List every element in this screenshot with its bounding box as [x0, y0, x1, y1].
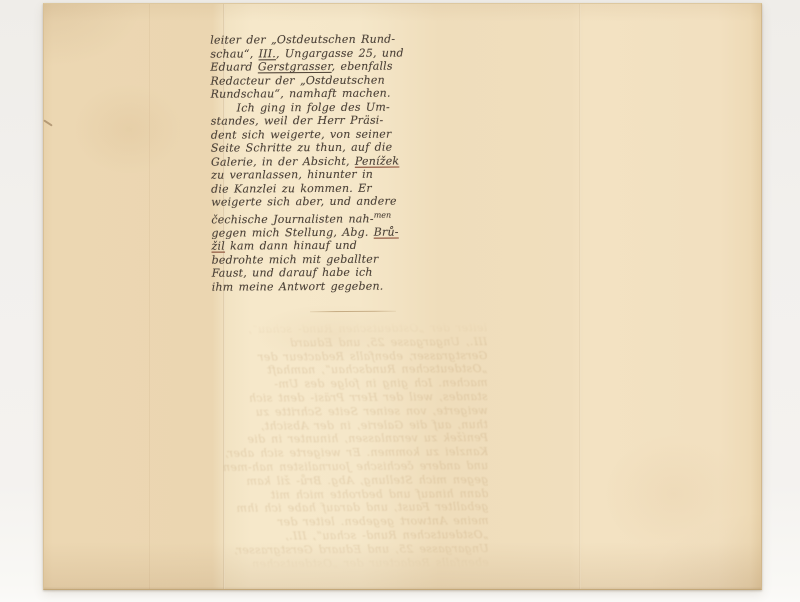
- handwriting-line: standes, weil der Herr Präsi-: [211, 113, 427, 128]
- handwriting-line: dent sich weigerte, von seiner: [211, 127, 427, 142]
- handwriting-segment: zu veranlassen, hinunter in: [211, 168, 373, 182]
- handwriting-line: die Kanzlei zu kommen. Er: [211, 181, 427, 196]
- handwriting-line: Eduard Gerstgrasser, ebenfalls: [210, 59, 426, 74]
- handwriting-segment: Ich ging in folge des Um-: [237, 100, 390, 114]
- handwriting-segment: men: [374, 210, 392, 219]
- handwriting-segment: standes, weil der Herr Präsi-: [211, 114, 384, 128]
- handwriting-line: Seite Schritte zu thun, auf die: [211, 140, 427, 155]
- handwriting-segment: Gerstgrasser: [258, 60, 332, 73]
- handwriting-segment: III.: [259, 47, 276, 60]
- handwriting-segment: Rundschau“, namhaft machen.: [211, 87, 391, 101]
- handwriting-line: Rundschau“, namhaft machen.: [211, 86, 427, 101]
- handwriting-line: bedrohte mich mit geballter: [212, 252, 428, 267]
- paper-stain: [74, 84, 184, 174]
- handwriting-line: čechische Journalisten nah-men: [211, 208, 427, 226]
- fold-crease-right: [579, 4, 581, 589]
- handwriting-segment: čechische Journalisten nah-: [211, 212, 373, 226]
- handwriting-segment: Brů-: [374, 225, 399, 238]
- photo-background: leiter der „Ostdeutschen Rund- schau“, I…: [0, 0, 800, 602]
- paper-stain: [254, 304, 414, 364]
- handwriting-segment: , Ungargasse 25, und: [276, 46, 404, 60]
- handwriting-line: zu veranlassen, hinunter in: [211, 167, 427, 182]
- handwriting-segment: die Kanzlei zu kommen. Er: [211, 181, 372, 195]
- handwriting-segment: bedrohte mich mit geballter: [212, 252, 379, 266]
- handwriting-segment: Faust, und darauf habe ich: [212, 266, 373, 280]
- handwriting-segment: weigerte sich aber, und andere: [211, 195, 396, 209]
- edge-notch: [43, 119, 52, 126]
- handwriting-segment: žil: [211, 240, 225, 253]
- handwriting-line: weigerte sich aber, und andere: [211, 194, 427, 209]
- handwriting-segment: kam dann hinauf und: [225, 239, 357, 253]
- handwriting-segment: Penížek: [355, 154, 399, 167]
- handwriting-line: ihm meine Antwort gegeben.: [212, 279, 428, 294]
- handwriting-segment: schau“,: [210, 47, 258, 60]
- handwriting-line: Galerie, in der Absicht, Penížek: [211, 154, 427, 169]
- handwriting-block: leiter der „Ostdeutschen Rund-schau“, II…: [210, 32, 428, 293]
- handwriting-line: schau“, III., Ungargasse 25, und: [210, 46, 426, 61]
- handwriting-segment: Redacteur der „Ostdeutschen: [210, 73, 384, 87]
- handwriting-segment: , ebenfalls: [332, 60, 393, 73]
- handwriting-line: Redacteur der „Ostdeutschen: [210, 73, 426, 88]
- handwriting-segment: Galerie, in der Absicht,: [211, 154, 355, 168]
- handwriting-line: leiter der „Ostdeutschen Rund-: [210, 32, 426, 47]
- handwriting-segment: Eduard: [210, 60, 258, 73]
- handwriting-segment: dent sich weigerte, von seiner: [211, 127, 392, 141]
- handwriting-segment: Seite Schritte zu thun, auf die: [211, 141, 392, 155]
- handwriting-line: Ich ging in folge des Um-: [211, 100, 427, 115]
- handwriting-segment: leiter der „Ostdeutschen Rund-: [210, 33, 395, 47]
- handwriting-line: Faust, und darauf habe ich: [212, 265, 428, 280]
- handwriting-segment: gegen mich Stellung, Abg.: [211, 225, 373, 239]
- handwriting-line: žil kam dann hinauf und: [211, 238, 427, 253]
- manuscript-page: leiter der „Ostdeutschen Rund- schau“, I…: [43, 3, 762, 590]
- handwriting-line: gegen mich Stellung, Abg. Brů-: [211, 225, 427, 240]
- show-through-text: leiter der „Ostdeutschen Rund- schau“, I…: [221, 321, 489, 571]
- separator-rule: [310, 311, 396, 313]
- handwriting-segment: ihm meine Antwort gegeben.: [212, 279, 384, 293]
- minor-crease: [149, 4, 150, 589]
- paper-stain: [604, 434, 744, 554]
